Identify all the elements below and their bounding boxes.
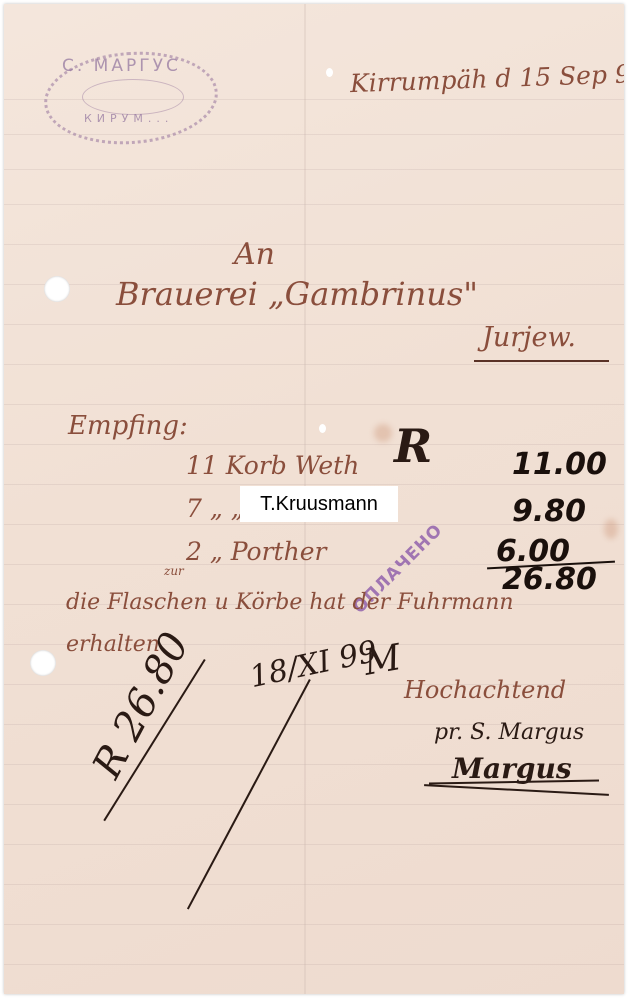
note-line-1: die Flaschen u Körbe hat der Fuhrmann: [66, 590, 514, 615]
item-line-2: 7 „ „: [186, 494, 244, 523]
total-amount: 26.80: [502, 562, 597, 597]
punch-hole: [30, 650, 56, 676]
signed-per: pr. S. Margus: [434, 720, 584, 745]
salutation: An: [234, 237, 275, 272]
item-line-3-note: zur: [164, 564, 184, 578]
recipient: Brauerei „Gambrinus": [116, 275, 478, 313]
payment-initials: M: [361, 637, 404, 684]
pen-stroke: [187, 679, 311, 910]
city-underline: [474, 360, 609, 362]
pin-hole: [326, 68, 333, 77]
company-stamp-inner: [82, 79, 184, 115]
place-and-date: Kirrumpäh d 15 Sep 99: [350, 59, 624, 98]
item-amount-2: 9.80: [512, 494, 586, 529]
signature-flourish: [424, 784, 609, 796]
item-line-3: 2 „ Porther: [186, 537, 326, 566]
city: Jurjew.: [482, 322, 576, 353]
stain: [374, 424, 392, 442]
punch-hole: [44, 276, 70, 302]
stain: [604, 519, 618, 539]
currency-symbol: R: [394, 419, 432, 473]
document-page: С. МАРГУС КИРУМ... Kirrumpäh d 15 Sep 99…: [4, 4, 624, 994]
item-amount-1: 11.00: [512, 447, 607, 482]
stamp-text-bottom: КИРУМ...: [84, 112, 173, 125]
pin-hole: [319, 424, 326, 433]
item-line-1: 11 Korb Weth: [186, 451, 359, 480]
received-label: Empfing:: [68, 411, 188, 441]
closing: Hochachtend: [404, 676, 566, 704]
name-label: T.Kruusmann: [240, 486, 398, 522]
stamp-text-top: С. МАРГУС: [62, 56, 181, 76]
